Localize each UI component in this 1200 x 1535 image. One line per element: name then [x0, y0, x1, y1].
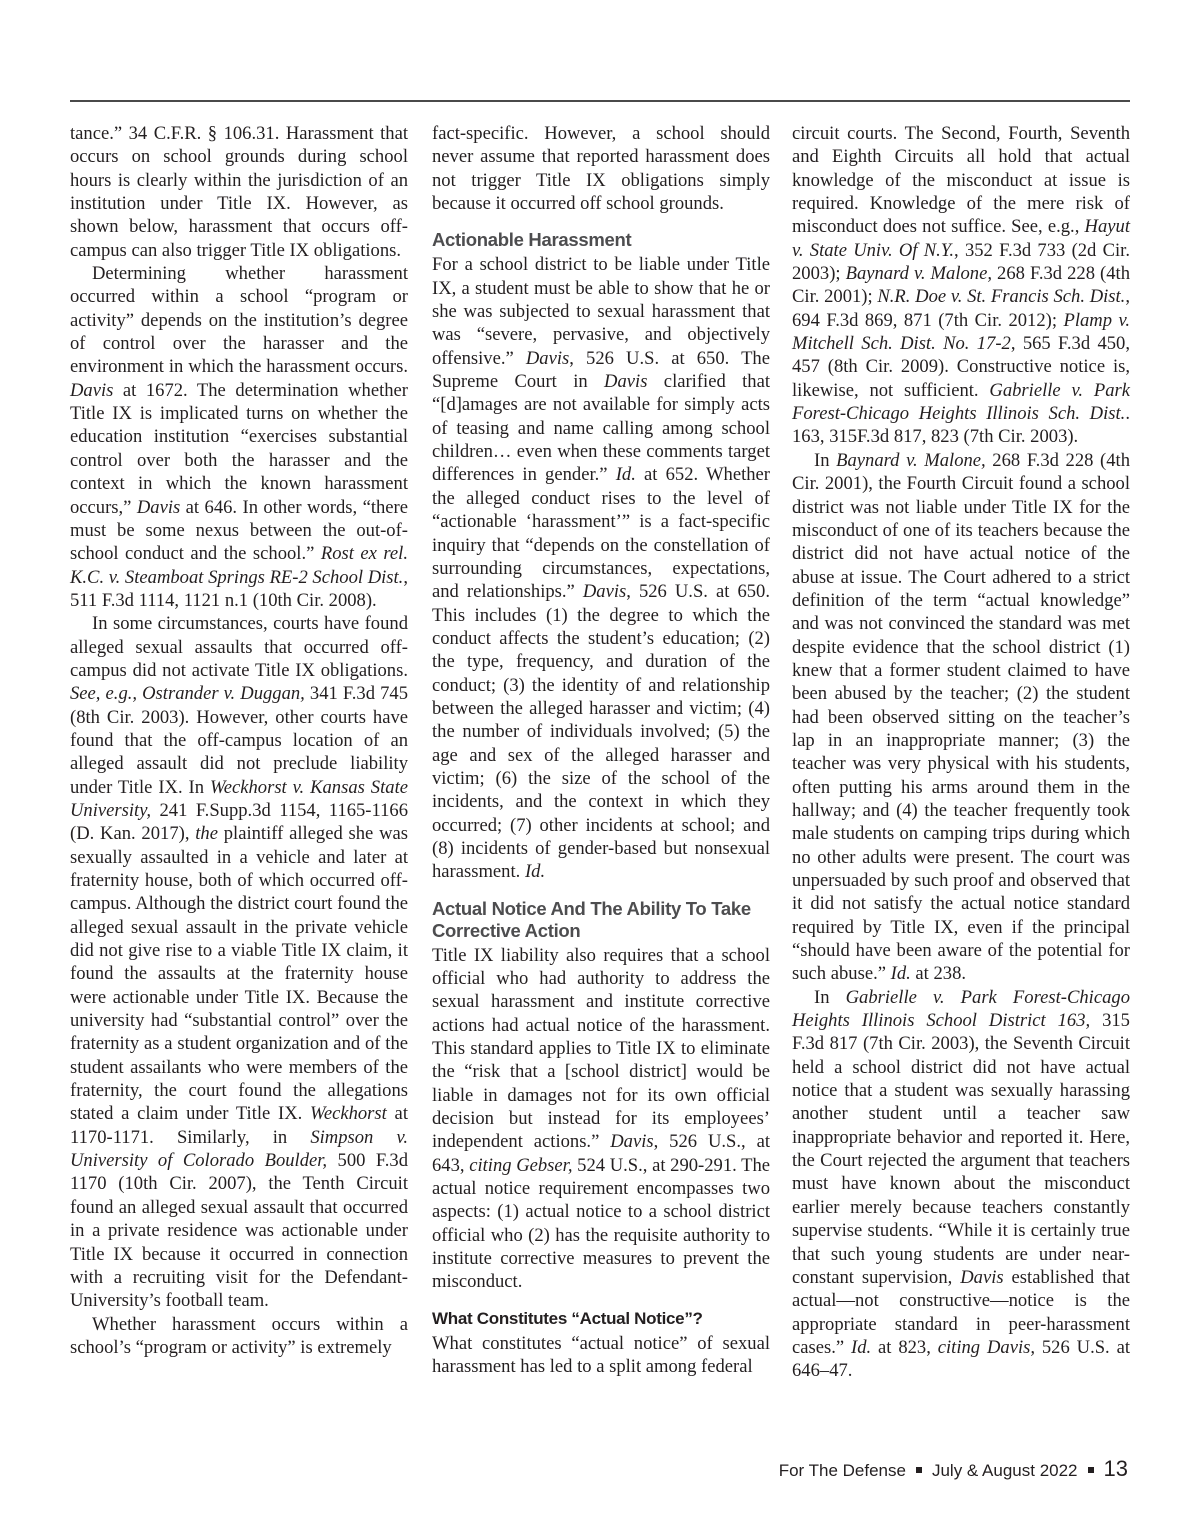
case-citation: Id. — [891, 963, 911, 984]
case-citation: See, e.g., Ostrander v. Duggan, — [70, 683, 305, 704]
text-run: 268 F.3d 228 (4th Cir. 2001), the Fourth… — [792, 450, 1130, 985]
case-citation: Davis — [526, 348, 569, 369]
case-citation: the — [195, 823, 218, 844]
text-run: at 238. — [911, 963, 966, 984]
case-citation: Id. — [616, 464, 636, 485]
text-run: 315 F.3d 817 (7th Cir. 2003), the Sevent… — [792, 1010, 1130, 1288]
paragraph: Whether harassment occurs within a schoo… — [70, 1313, 408, 1360]
case-citation: citing Gebser, — [469, 1155, 572, 1176]
case-citation: Davis — [604, 371, 647, 392]
paragraph: tance.” 34 C.F.R. § 106.31. Harassment t… — [70, 122, 408, 262]
article-column-2: fact-specific. However, a school should … — [432, 122, 770, 1379]
case-citation: Baynard v. Malone, — [836, 450, 986, 471]
section-heading: What Constitutes “Actual Notice”? — [432, 1308, 770, 1330]
text-run: In — [814, 450, 836, 471]
paragraph: fact-specific. However, a school should … — [432, 122, 770, 215]
text-run: circuit courts. The Second, Fourth, Seve… — [792, 123, 1130, 237]
paragraph: What constitutes “actual notice” of sexu… — [432, 1332, 770, 1379]
paragraph: In some circumstances, courts have found… — [70, 612, 408, 1312]
case-citation: Id. — [525, 861, 545, 882]
publication-name: For The Defense — [779, 1461, 906, 1481]
case-citation: Davis — [960, 1267, 1003, 1288]
case-citation: Davis — [610, 1131, 653, 1152]
text-run: plain­tiff alleged she was sexually assa… — [70, 823, 408, 1124]
case-citation: Davis — [137, 497, 180, 518]
text-run: Whether harassment occurs within a schoo… — [70, 1314, 408, 1358]
case-citation: Davis — [70, 380, 113, 401]
section-heading: Actual Notice And The Ability To Take Co… — [432, 898, 770, 942]
paragraph: Title IX liability also requires that a … — [432, 944, 770, 1294]
paragraph: In Gabrielle v. Park Forest-Chicago Heig… — [792, 986, 1130, 1383]
paragraph: circuit courts. The Second, Fourth, Seve… — [792, 122, 1130, 449]
text-run: , 526 U.S. at 650. This includes (1) the… — [432, 581, 770, 882]
text-run: at 823, — [871, 1337, 938, 1358]
header-rule — [70, 100, 1130, 102]
case-citation: Baynard v. Malone, — [846, 263, 992, 284]
paragraph: Determining whether harassment occurred … — [70, 262, 408, 612]
section-heading: Actionable Harassment — [432, 229, 770, 251]
text-run: tance.” 34 C.F.R. § 106.31. Harassment t… — [70, 123, 408, 261]
case-citation: citing Davis, — [938, 1337, 1035, 1358]
page-number: 13 — [1104, 1456, 1128, 1482]
article-column-1: tance.” 34 C.F.R. § 106.31. Harassment t… — [70, 122, 408, 1359]
text-run: Title IX liability also requires that a … — [432, 945, 770, 1153]
issue-date: July & August 2022 — [932, 1461, 1078, 1481]
text-run: In — [814, 987, 846, 1008]
square-bullet-icon — [1088, 1467, 1094, 1473]
case-citation: Id. — [851, 1337, 871, 1358]
case-citation: N.R. Doe v. St. Francis Sch. Dist. — [877, 286, 1125, 307]
text-run: What constitutes “actual notice” of sexu… — [432, 1333, 770, 1377]
text-run: In some circumstances, courts have found… — [70, 613, 408, 681]
text-run: fact-specific. However, a school should … — [432, 123, 770, 214]
page-footer: For The Defense July & August 2022 13 — [779, 1456, 1128, 1482]
article-column-3: circuit courts. The Second, Fourth, Seve… — [792, 122, 1130, 1383]
text-run: Determining whether harassment occurred … — [70, 263, 408, 377]
case-citation: Davis — [583, 581, 626, 602]
paragraph: For a school district to be liable under… — [432, 253, 770, 883]
text-run: 500 F.3d 1170 (10th Cir. 2007), the Tent… — [70, 1150, 408, 1311]
case-citation: Weckhorst — [310, 1103, 387, 1124]
paragraph: In Baynard v. Malone, 268 F.3d 228 (4th … — [792, 449, 1130, 986]
square-bullet-icon — [916, 1467, 922, 1473]
